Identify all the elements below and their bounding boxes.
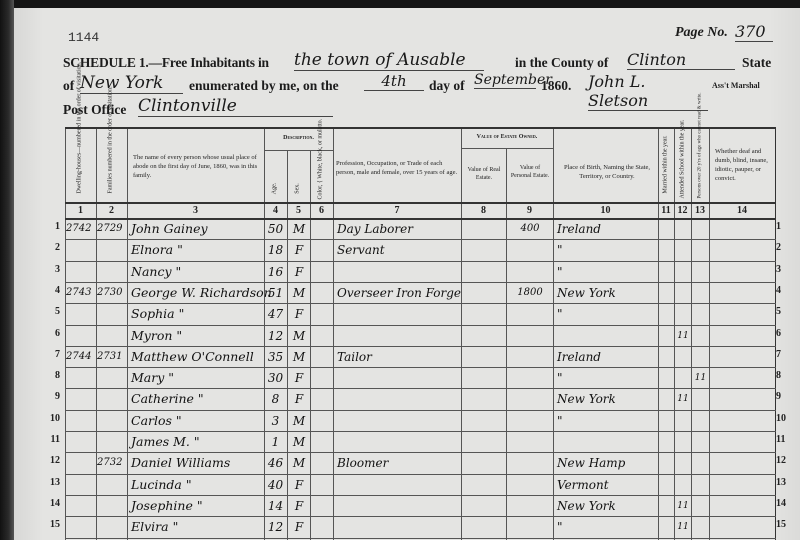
enumerated-label: enumerated by me, on the — [189, 78, 339, 94]
colnum-2: 2 — [96, 205, 127, 219]
sex: F — [288, 390, 310, 408]
family-number: 2731 — [97, 348, 127, 366]
row-divider — [65, 474, 776, 475]
line-number-left: 5 — [42, 306, 60, 317]
row-divider — [65, 452, 776, 453]
sex: F — [288, 476, 310, 494]
of-label: of — [63, 78, 74, 94]
age: 35 — [264, 348, 287, 366]
colnum-1: 1 — [65, 205, 96, 219]
person-name: Nancy " — [131, 263, 264, 281]
line-number-left: 2 — [42, 242, 60, 253]
family-number: 2729 — [97, 220, 127, 238]
row-divider — [65, 410, 776, 411]
line-number-left: 7 — [42, 349, 60, 360]
personal-estate-value: 1800 — [507, 284, 553, 302]
age: 46 — [264, 454, 287, 472]
line-number-left: 12 — [42, 455, 60, 466]
header-col-2: Families numbered in the order of visita… — [108, 124, 115, 194]
colnum-7: 7 — [333, 205, 461, 219]
day-field: 4th — [364, 72, 424, 91]
sex: F — [288, 518, 310, 536]
person-name: Daniel Williams — [131, 454, 264, 472]
attended-school: 11 — [675, 327, 691, 345]
age: 3 — [264, 412, 287, 430]
birthplace: " — [557, 518, 657, 536]
header-col-4: Age. — [272, 181, 279, 197]
line-number-left: 13 — [42, 477, 60, 488]
age: 47 — [264, 305, 287, 323]
line-number-right: 6 — [776, 328, 794, 339]
colnum-14: 14 — [709, 205, 775, 219]
dwelling-number: 2742 — [66, 220, 96, 238]
line-number-left: 3 — [42, 264, 60, 275]
personal-estate-value: 400 — [507, 220, 553, 238]
county-label: in the County of — [515, 55, 608, 71]
county-field: Clinton — [627, 50, 735, 70]
marshal-label: Ass't Marshal — [712, 81, 760, 90]
age: 50 — [264, 220, 287, 238]
month-field: September — [474, 72, 536, 89]
person-name: Sophia " — [131, 305, 264, 323]
schedule-title: SCHEDULE 1.—Free Inhabitants in — [63, 55, 269, 71]
row-divider — [65, 538, 776, 539]
age: 12 — [264, 518, 287, 536]
line-number-right: 5 — [776, 306, 794, 317]
line-number-left: 10 — [42, 413, 60, 424]
occupation: Bloomer — [337, 454, 461, 472]
age: 14 — [264, 497, 287, 515]
row-divider — [65, 431, 776, 432]
line-number-right: 14 — [776, 498, 794, 509]
attended-school: 11 — [675, 390, 691, 408]
birthplace: Ireland — [557, 220, 657, 238]
sex: M — [288, 454, 310, 472]
line-number-right: 2 — [776, 242, 794, 253]
header-col-14: Whether deaf and dumb, blind, insane, id… — [715, 147, 773, 183]
attended-school: 11 — [675, 518, 691, 536]
age: 8 — [264, 390, 287, 408]
header-col-6: Color, { White, black, or mulatto. — [318, 150, 325, 200]
family-number: 2730 — [97, 284, 127, 302]
age: 16 — [264, 263, 287, 281]
colnum-9: 9 — [506, 205, 553, 219]
line-number-left: 8 — [42, 370, 60, 381]
age: 1 — [264, 433, 287, 451]
row-divider — [65, 516, 776, 517]
sex: M — [288, 412, 310, 430]
person-name: Carlos " — [131, 412, 264, 430]
row-divider — [65, 282, 776, 283]
person-name: John Gainey — [131, 220, 264, 238]
age: 18 — [264, 241, 287, 259]
birthplace: " — [557, 305, 657, 323]
line-number-left: 15 — [42, 519, 60, 530]
scan-border-left — [0, 0, 14, 540]
family-number: 2732 — [97, 454, 127, 472]
cannot-read-write: 11 — [692, 369, 709, 387]
person-name: Lucinda " — [131, 476, 264, 494]
birthplace: Ireland — [557, 348, 657, 366]
day-of-label: day of — [429, 78, 465, 94]
birthplace: " — [557, 412, 657, 430]
post-office-field: Clintonville — [138, 96, 333, 117]
birthplace: " — [557, 369, 657, 387]
row-divider — [65, 495, 776, 496]
person-name: Myron " — [131, 327, 264, 345]
post-office-label: Post Office — [63, 102, 126, 118]
header-col-3: The name of every person whose usual pla… — [133, 153, 259, 180]
marshal-signature: John L. Sletson — [588, 72, 708, 111]
line-number-left: 14 — [42, 498, 60, 509]
line-number-right: 3 — [776, 264, 794, 275]
birthplace: " — [557, 241, 657, 259]
header-col-9: Value of Personal Estate. — [510, 165, 550, 180]
birthplace: New York — [557, 390, 657, 408]
occupation: Tailor — [337, 348, 461, 366]
page-number: 370 — [735, 22, 773, 42]
year-field: 1860. — [541, 78, 571, 94]
line-number-right: 10 — [776, 413, 794, 424]
line-number-right: 12 — [776, 455, 794, 466]
header-estate-group: Value of Estate Owned. — [461, 134, 553, 142]
row-divider — [65, 239, 776, 240]
person-name: James M. " — [131, 433, 264, 451]
header-col-11: Married within the year. — [663, 131, 670, 199]
line-number-left: 11 — [42, 434, 60, 445]
person-name: Catherine " — [131, 390, 264, 408]
page-label: Page No. — [675, 25, 728, 41]
sex: M — [288, 433, 310, 451]
row-divider — [65, 346, 776, 347]
dwelling-number: 2744 — [66, 348, 96, 366]
age: 30 — [264, 369, 287, 387]
line-number-left: 6 — [42, 328, 60, 339]
sex: M — [288, 220, 310, 238]
person-name: Mary " — [131, 369, 264, 387]
birthplace: New York — [557, 284, 657, 302]
line-number-right: 7 — [776, 349, 794, 360]
dwelling-number: 2743 — [66, 284, 96, 302]
attended-school: 11 — [675, 497, 691, 515]
colnum-11: 11 — [658, 205, 674, 219]
colnum-8: 8 — [461, 205, 506, 219]
birthplace: Vermont — [557, 476, 657, 494]
person-name: Elnora " — [131, 241, 264, 259]
sex: F — [288, 305, 310, 323]
state-field: New York — [80, 73, 183, 94]
age: 51 — [264, 284, 287, 302]
header-col-12: Attended School within the year. — [680, 131, 687, 199]
line-number-left: 9 — [42, 391, 60, 402]
person-name: George W. Richardson — [131, 284, 264, 302]
header-col-1: Dwelling-houses—numbered in the order of… — [77, 124, 84, 194]
line-number-left: 4 — [42, 285, 60, 296]
line-number-right: 1 — [776, 221, 794, 232]
sex: M — [288, 284, 310, 302]
colnum-10: 10 — [553, 205, 658, 219]
line-number-right: 13 — [776, 477, 794, 488]
birthplace: New Hamp — [557, 454, 657, 472]
occupation: Servant — [337, 241, 461, 259]
row-divider — [65, 261, 776, 262]
sex: F — [288, 263, 310, 281]
census-table: Dwelling-houses—numbered in the order of… — [65, 127, 776, 540]
stamp-number: 1144 — [68, 30, 99, 45]
row-divider — [65, 388, 776, 389]
person-name: Matthew O'Connell — [131, 348, 264, 366]
occupation: Day Laborer — [337, 220, 461, 238]
header-col-8: Value of Real Estate. — [465, 167, 503, 182]
line-number-left: 1 — [42, 221, 60, 232]
line-number-right: 8 — [776, 370, 794, 381]
sex: F — [288, 241, 310, 259]
colnum-5: 5 — [287, 205, 310, 219]
header-col-13: Persons over 20 y'rs of age who cannot r… — [697, 131, 704, 199]
age: 40 — [264, 476, 287, 494]
header-col-10: Place of Birth, Naming the State, Territ… — [561, 163, 653, 181]
sex: M — [288, 327, 310, 345]
colnum-12: 12 — [674, 205, 691, 219]
age: 12 — [264, 327, 287, 345]
line-number-right: 11 — [776, 434, 794, 445]
colnum-13: 13 — [691, 205, 709, 219]
header-col-7: Profession, Occupation, or Trade of each… — [336, 159, 458, 177]
state-label: State — [742, 55, 771, 71]
sex: F — [288, 369, 310, 387]
person-name: Elvira " — [131, 518, 264, 536]
occupation: Overseer Iron Forge — [337, 284, 461, 302]
town-field: the town of Ausable — [294, 50, 484, 71]
sex: M — [288, 348, 310, 366]
sex: F — [288, 497, 310, 515]
header-col-5: Sex. — [295, 181, 302, 197]
row-divider — [65, 367, 776, 368]
colnum-4: 4 — [264, 205, 287, 219]
line-number-right: 4 — [776, 285, 794, 296]
colnum-6: 6 — [310, 205, 333, 219]
person-name: Josephine " — [131, 497, 264, 515]
colnum-3: 3 — [127, 205, 264, 219]
line-number-right: 15 — [776, 519, 794, 530]
birthplace: New York — [557, 497, 657, 515]
row-divider — [65, 325, 776, 326]
birthplace: " — [557, 263, 657, 281]
row-divider — [65, 303, 776, 304]
line-number-right: 9 — [776, 391, 794, 402]
